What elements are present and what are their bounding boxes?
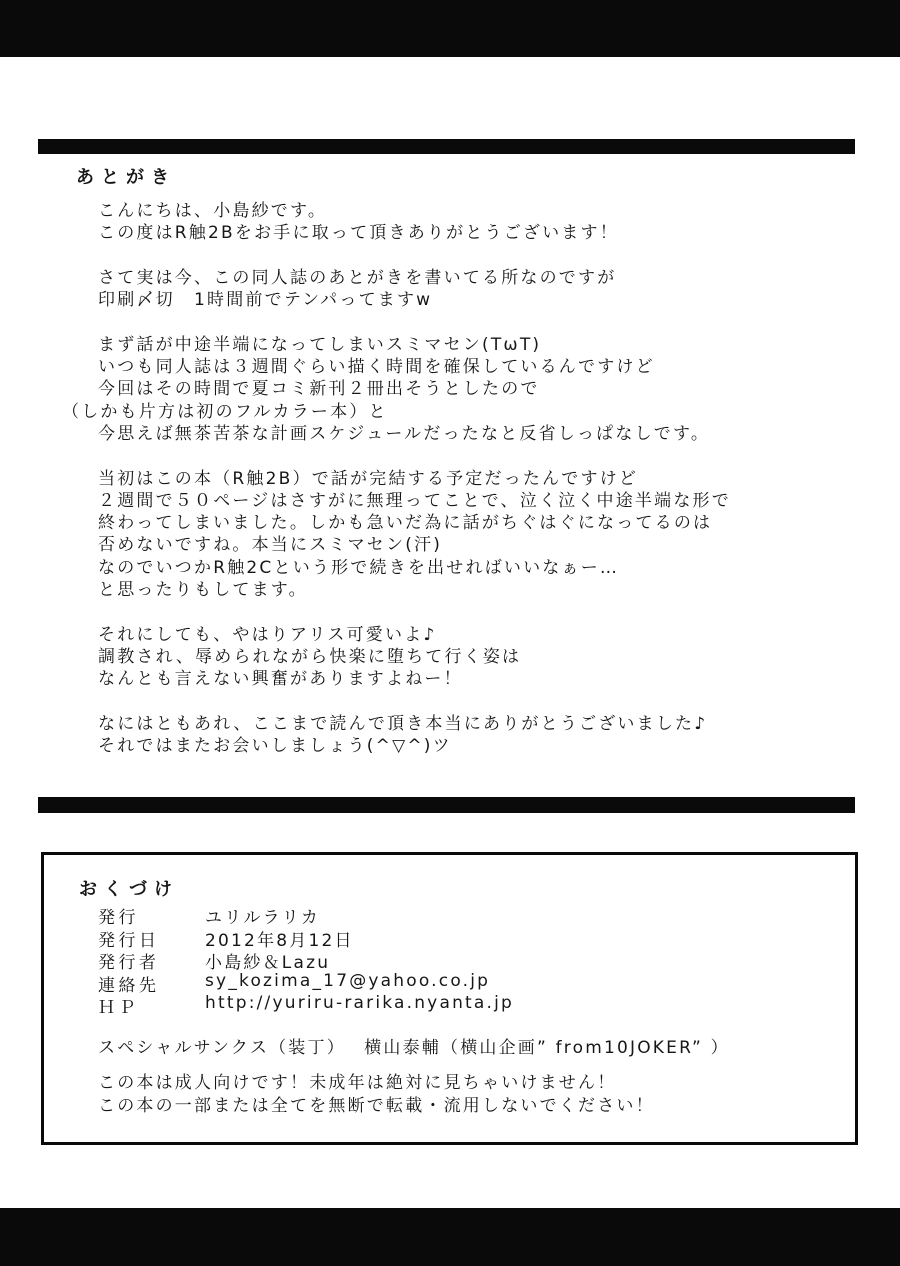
colophon-row-author: 発行者 小島紗＆Lazu	[98, 948, 514, 971]
colophon-row-label: 連絡先	[98, 971, 205, 996]
colophon-title: おくづけ	[79, 875, 179, 901]
afterword-paragraph-5: それにしても、やはりアリス可愛いよ♪調教され、辱められながら快楽に堕ちて行く姿は…	[98, 624, 868, 691]
colophon-row-publish-date: 発行日 2012年8月12日	[98, 926, 514, 949]
colophon-row-value: http://yuriru-rarika.nyanta.jp	[205, 993, 514, 1013]
colophon-rows: 発行 ユリルラリカ 発行日 2012年8月12日 発行者 小島紗＆Lazu 連絡…	[98, 903, 514, 1016]
colophon-row-label: 発行者	[98, 948, 205, 973]
colophon-row-contact-email: 連絡先 sy_kozima_17@yahoo.co.jp	[98, 971, 514, 994]
colophon-row-publisher: 発行 ユリルラリカ	[98, 903, 514, 926]
colophon-row-value: 2012年8月12日	[205, 926, 354, 951]
afterword-paragraph-3: まず話が中途半端になってしまいスミマセン(TωT)いつも同人誌は３週間ぐらい描く…	[98, 334, 868, 445]
bottom-black-bar	[0, 1208, 900, 1266]
colophon-row-homepage: ＨＰ http://yuriru-rarika.nyanta.jp	[98, 993, 514, 1016]
scanned-page: あとがき こんにちは、小島紗です。この度はR触2Bをお手に取って頂きありがとうご…	[0, 0, 900, 1266]
colophon-row-value: ユリルラリカ	[205, 903, 320, 928]
afterword-paragraph-4: 当初はこの本（R触2B）で話が完結する予定だったんですけど２週間で５０ページはさ…	[98, 468, 868, 602]
colophon-row-label: ＨＰ	[98, 993, 205, 1018]
afterword-title: あとがき	[76, 163, 176, 189]
afterword-paragraph-2: さて実は今、この同人誌のあとがきを書いてる所なのですが印刷〆切 1時間前でテンパ…	[98, 267, 868, 312]
special-thanks-line: スペシャルサンクス（装丁） 横山泰輔（横山企画” from10JOKER” ）	[98, 1033, 730, 1058]
colophon-row-value: sy_kozima_17@yahoo.co.jp	[205, 971, 490, 991]
afterword-paragraph-6: なにはともあれ、ここまで読んで頂き本当にありがとうございました♪それではまたお会…	[98, 713, 868, 758]
colophon-box: おくづけ 発行 ユリルラリカ 発行日 2012年8月12日 発行者 小島紗＆La…	[41, 852, 858, 1145]
warning-lines: この本は成人向けです！未成年は絶対に見ちゃいけません！この本の一部または全てを無…	[98, 1072, 655, 1117]
colophon-row-label: 発行日	[98, 926, 205, 951]
colophon-row-label: 発行	[98, 903, 205, 928]
divider-rule-top	[38, 139, 855, 154]
colophon-row-value: 小島紗＆Lazu	[205, 948, 330, 973]
afterword-paragraph-1: こんにちは、小島紗です。この度はR触2Bをお手に取って頂きありがとうございます！	[98, 200, 868, 245]
afterword-body: こんにちは、小島紗です。この度はR触2Bをお手に取って頂きありがとうございます！…	[98, 200, 868, 780]
top-black-bar	[0, 0, 900, 57]
divider-rule-bottom	[38, 797, 855, 813]
